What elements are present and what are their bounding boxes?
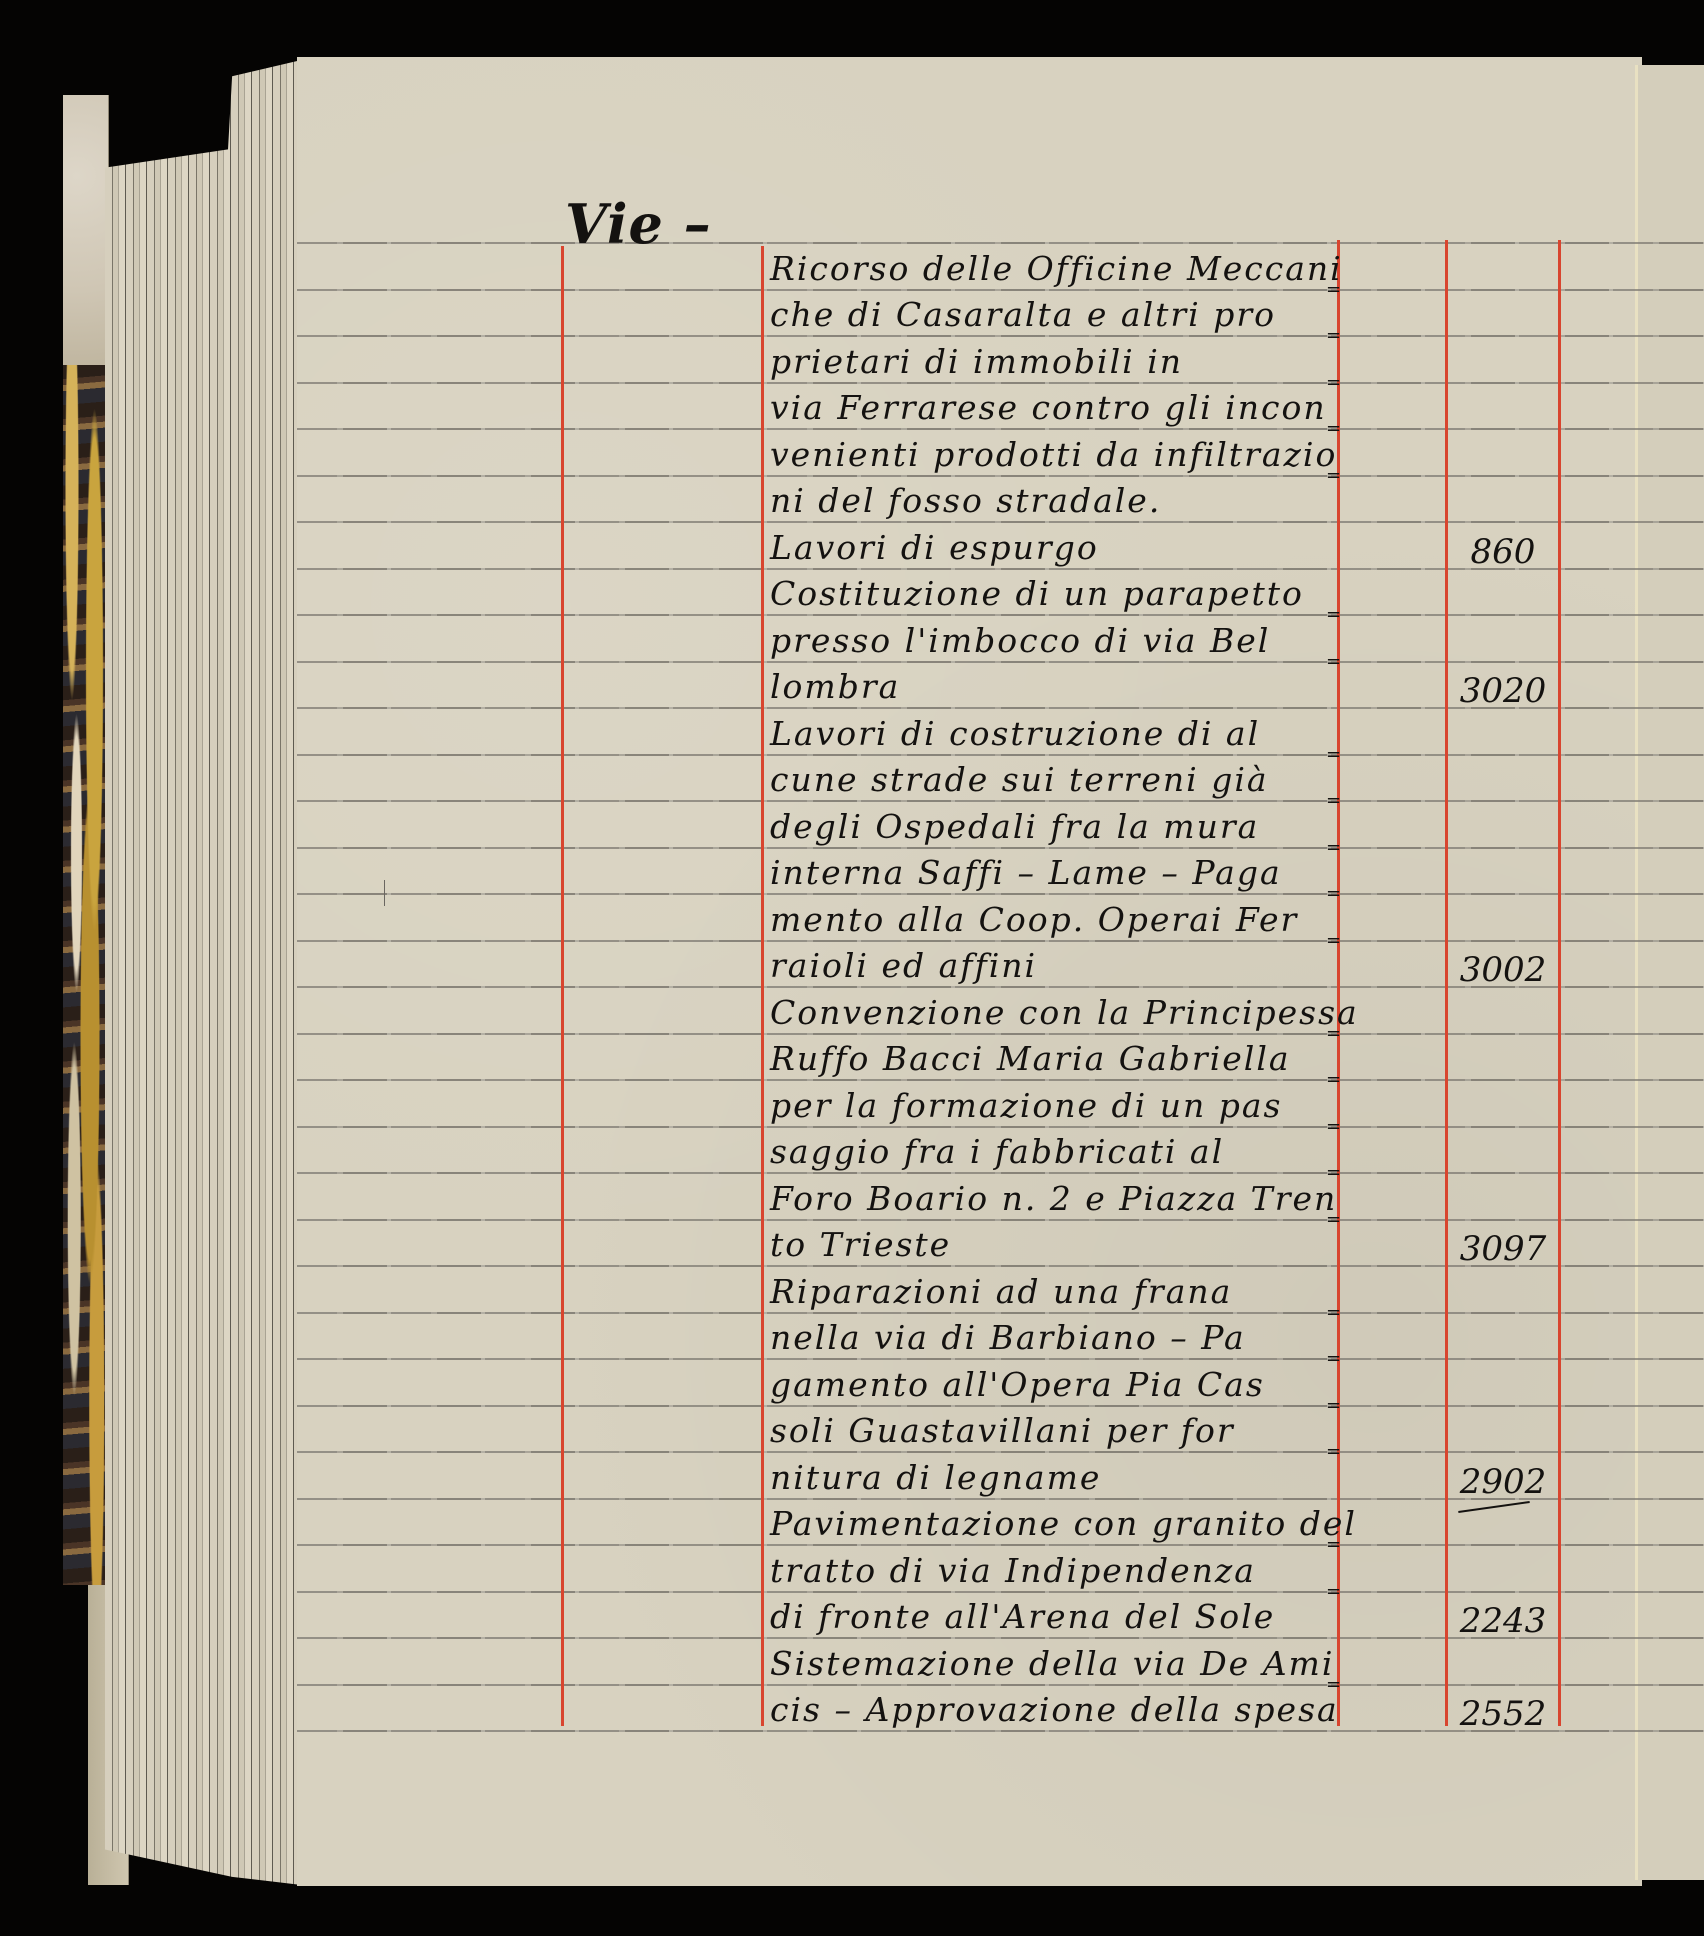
- ruled-line: [297, 289, 1704, 291]
- entry-line: saggio fra i fabbricati al: [770, 1132, 1224, 1171]
- entry-line: degli Ospedali fra la mura: [770, 807, 1259, 846]
- entry-line: Ruffo Bacci Maria Gabriella: [770, 1039, 1291, 1078]
- marbled-cover-edge: [63, 365, 108, 1585]
- entry-amount: 3020: [1443, 671, 1563, 711]
- entry-line: cis – Approvazione della spesa: [770, 1690, 1335, 1729]
- entry-line: per la formazione di un pas: [770, 1086, 1282, 1125]
- ruled-line: [297, 1033, 1704, 1035]
- entry-line: cune strade sui terreni già: [770, 760, 1269, 799]
- ruled-line: [297, 521, 1704, 523]
- ruled-line: [297, 1591, 1704, 1593]
- ruled-line: [297, 1451, 1704, 1453]
- entry-line: di fronte all'Arena del Sole: [770, 1597, 1275, 1636]
- entry-line: Riparazioni ad una frana: [770, 1272, 1232, 1311]
- entry-line: mento alla Coop. Operai Fer: [770, 900, 1298, 939]
- ruled-line: [297, 1312, 1704, 1314]
- line-continuation-mark: =: [1326, 1023, 1341, 1044]
- entry-line: Sistemazione della via De Ami: [770, 1644, 1334, 1683]
- line-continuation-mark: =: [1326, 744, 1341, 765]
- entry-line: to Trieste: [770, 1225, 951, 1264]
- entry-amount: 2902: [1443, 1462, 1563, 1502]
- entry-line: che di Casaralta e altri pro: [770, 295, 1276, 334]
- line-continuation-mark: =: [1326, 1116, 1341, 1137]
- line-continuation-mark: =: [1326, 1395, 1341, 1416]
- line-continuation-mark: =: [1326, 1581, 1341, 1602]
- ruled-line: [297, 1172, 1704, 1174]
- ruled-line: [297, 1405, 1704, 1407]
- entry-line: Foro Boario n. 2 e Piazza Tren: [770, 1179, 1335, 1218]
- line-continuation-mark: =: [1326, 279, 1341, 300]
- entry-line: interna Saffi – Lame – Paga: [770, 853, 1282, 892]
- line-continuation-mark: =: [1326, 930, 1341, 951]
- entry-line: venienti prodotti da infiltrazio: [770, 435, 1335, 474]
- entry-line: Ricorso delle Officine Meccani: [770, 249, 1335, 288]
- ruled-line: [297, 428, 1704, 430]
- line-continuation-mark: =: [1326, 1348, 1341, 1369]
- entry-line: nella via di Barbiano – Pa: [770, 1318, 1246, 1357]
- ruled-line: [297, 614, 1704, 616]
- entry-line: Lavori di espurgo: [770, 528, 1099, 567]
- line-continuation-mark: =: [1326, 883, 1341, 904]
- ruled-line: [297, 1544, 1704, 1546]
- entry-amount: 860: [1443, 532, 1563, 572]
- cover-endpaper-top: [63, 95, 109, 365]
- line-continuation-mark: =: [1326, 837, 1341, 858]
- line-continuation-mark: =: [1326, 1441, 1341, 1462]
- line-continuation-mark: =: [1326, 372, 1341, 393]
- entry-line: raioli ed affini: [770, 946, 1037, 985]
- red-margin-line-1: [561, 246, 564, 1726]
- ruled-line: [297, 661, 1704, 663]
- ruled-line: [297, 940, 1704, 942]
- ruled-line: [297, 800, 1704, 802]
- ruled-line: [297, 1126, 1704, 1128]
- entry-amount: 2552: [1443, 1694, 1563, 1734]
- entry-line: presso l'imbocco di via Bel: [770, 621, 1270, 660]
- line-continuation-mark: =: [1326, 1069, 1341, 1090]
- line-continuation-mark: =: [1326, 651, 1341, 672]
- ruled-line: [297, 1079, 1704, 1081]
- entry-line: via Ferrarese contro gli incon: [770, 388, 1327, 427]
- line-continuation-mark: =: [1326, 1534, 1341, 1555]
- entry-amount: 3097: [1443, 1229, 1563, 1269]
- entry-line: Lavori di costruzione di al: [770, 714, 1260, 753]
- ruled-line: [297, 335, 1704, 337]
- entry-line: soli Guastavillani per for: [770, 1411, 1235, 1450]
- line-continuation-mark: =: [1326, 604, 1341, 625]
- entry-line: Costituzione di un parapetto: [770, 574, 1304, 613]
- entry-line: tratto di via Indipendenza: [770, 1551, 1256, 1590]
- section-heading: Vie –: [565, 192, 712, 256]
- ruled-line: [297, 475, 1704, 477]
- entry-line: Convenzione con la Principessa: [770, 993, 1335, 1032]
- ruled-line: [297, 1684, 1704, 1686]
- entry-line: lombra: [770, 667, 900, 706]
- red-margin-line-2: [761, 246, 764, 1726]
- entry-line: ni del fosso stradale.: [770, 481, 1161, 520]
- entry-amount: 2243: [1443, 1601, 1563, 1641]
- ruled-line: [297, 1219, 1704, 1221]
- entry-amount: 3002: [1443, 950, 1563, 990]
- line-continuation-mark: =: [1326, 465, 1341, 486]
- ruled-line: [297, 1358, 1704, 1360]
- facing-page-edge: [1635, 65, 1704, 1880]
- ruled-line: [297, 242, 1704, 244]
- entry-line: nitura di legname: [770, 1458, 1101, 1497]
- line-continuation-mark: =: [1326, 325, 1341, 346]
- pencil-tick-mark: [384, 880, 385, 906]
- ruled-line: [297, 382, 1704, 384]
- line-continuation-mark: =: [1326, 790, 1341, 811]
- ruled-line: [297, 893, 1704, 895]
- ruled-line: [297, 754, 1704, 756]
- page-stack-edge: [105, 58, 310, 1886]
- entry-line: prietari di immobili in: [770, 342, 1183, 381]
- entry-line: gamento all'Opera Pia Cas: [770, 1365, 1265, 1404]
- line-continuation-mark: =: [1326, 1302, 1341, 1323]
- entry-line: Pavimentazione con granito del: [770, 1504, 1335, 1543]
- line-continuation-mark: =: [1326, 1209, 1341, 1230]
- ruled-line: [297, 847, 1704, 849]
